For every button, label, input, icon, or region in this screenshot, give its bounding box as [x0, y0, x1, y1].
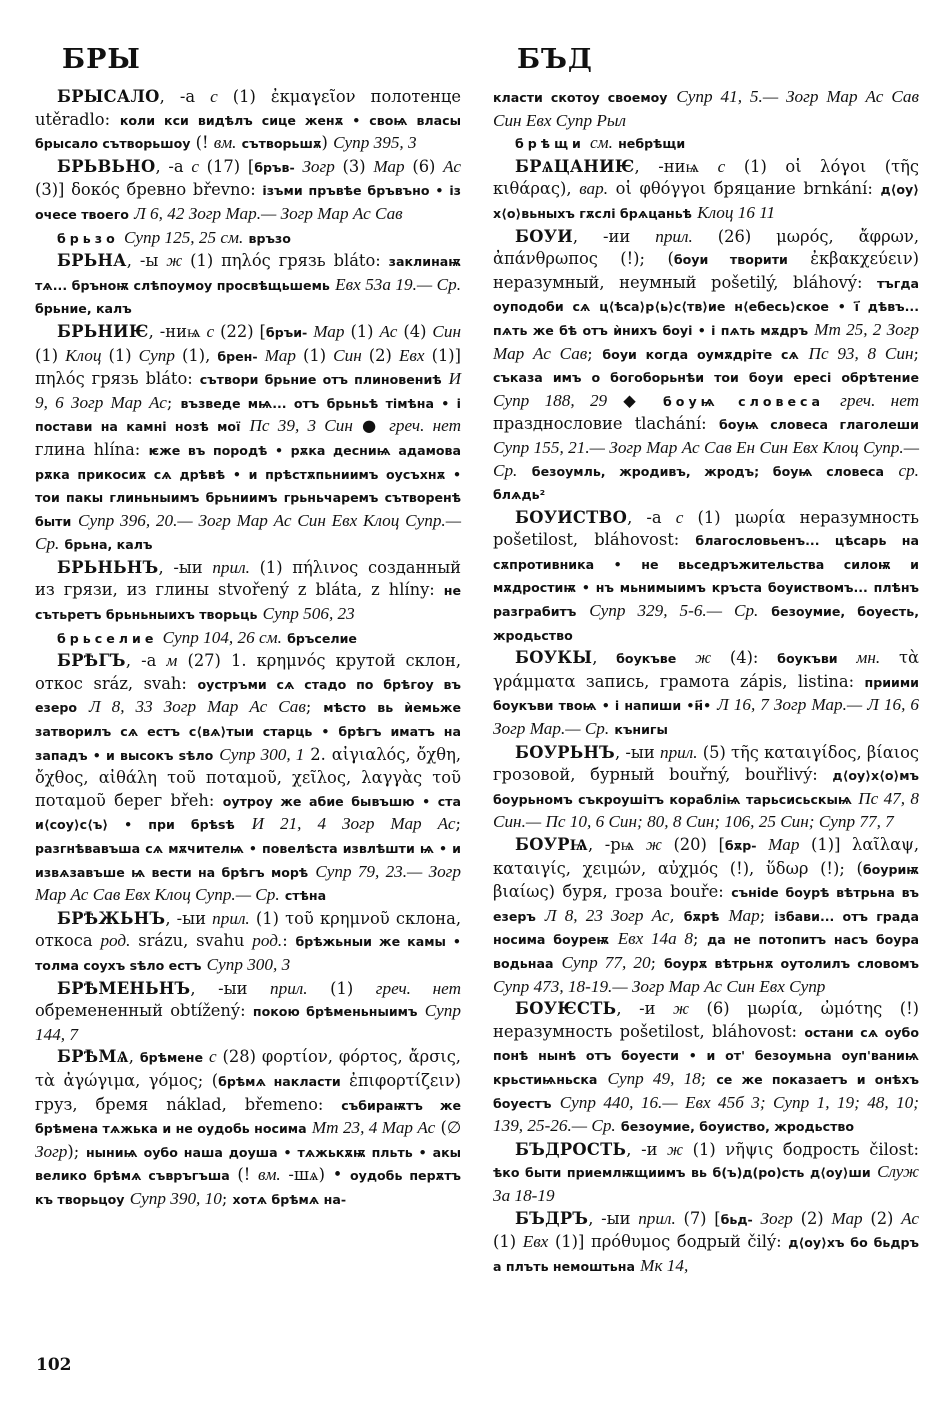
- definition-text: ;: [913, 344, 919, 363]
- headword: БРѢМѦ: [57, 1047, 129, 1066]
- citation-text: см.: [590, 133, 613, 152]
- citation-text: Л 8, 33 Зогр Мар Ас Сав: [89, 697, 306, 716]
- church-slavonic-text: хотѧ брѣмѧ на-: [233, 1192, 347, 1207]
- definition-text: обремененный obtížený:: [35, 1001, 253, 1020]
- dictionary-entry: БОУКЫ, боукъве ж (4): боукъви мн. τὰ γρά…: [493, 647, 919, 741]
- church-slavonic-text: брьние, калъ: [35, 301, 132, 316]
- church-slavonic-text: класти скотоу своемоу: [493, 90, 668, 105]
- definition-text: [77, 697, 89, 716]
- definition-text: [824, 391, 840, 410]
- citation-text: прил.: [638, 1209, 676, 1228]
- citation-text: Мк 14,: [640, 1256, 688, 1275]
- definition-text: [417, 1001, 424, 1020]
- citation-text: греч. нет: [376, 979, 461, 998]
- definition-text: , -ыи: [165, 909, 212, 928]
- definition-text: (2): [793, 1209, 831, 1228]
- definition-text: празднословие tlachání:: [493, 414, 719, 433]
- citation-text: ж: [673, 999, 689, 1018]
- church-slavonic-text: брьселие: [57, 631, 157, 646]
- citation-text: вм.: [214, 133, 237, 152]
- definition-text: [235, 814, 252, 833]
- definition-text: βιαίως) буря, гроза bouře:: [493, 882, 731, 901]
- citation-text: Л 6, 42 Зогр Мар.— Зогр Мар Ас Сав: [134, 204, 403, 223]
- definition-text: [551, 1093, 559, 1112]
- dictionary-entry: БРЬНЬНЪ, -ыи прил. (1) πήλινος созданный…: [35, 557, 461, 627]
- church-slavonic-text: брѣщи: [515, 136, 585, 151]
- citation-text: Мар: [831, 1209, 862, 1228]
- headword: БРЫСАЛО: [57, 87, 160, 106]
- definition-text: , -ии: [573, 227, 655, 246]
- citation-text: ж: [667, 1140, 683, 1159]
- headword: БОУѤСТЬ: [515, 999, 616, 1018]
- definition-text: ,: [670, 906, 684, 925]
- definition-text: (2): [863, 1209, 901, 1228]
- citation-text: прил.: [655, 227, 693, 246]
- definition-text: [597, 1069, 607, 1088]
- citation-text: Зогр: [35, 1142, 67, 1161]
- definition-text: [576, 601, 589, 620]
- church-slavonic-text: бѫрѣ: [684, 909, 720, 924]
- citation-text: Син: [333, 346, 362, 365]
- citation-text: Зогр: [760, 1209, 792, 1228]
- definition-text: [517, 461, 531, 480]
- citation-text: вм.: [258, 1165, 281, 1184]
- definition-text: глина hlína:: [35, 440, 149, 459]
- definition-text: , -а: [160, 87, 210, 106]
- citation-text: Супр 125, 25 см.: [124, 228, 243, 247]
- definition-text: ;: [222, 1189, 233, 1208]
- citation-text: Супр 300, 1: [219, 745, 304, 764]
- dictionary-entry: БРЬНИѤ, -ниѩ с (22) [бръи- Мар (1) Ас (4…: [35, 321, 461, 557]
- definition-text: ◆: [607, 391, 663, 410]
- citation-text: с: [209, 1047, 217, 1066]
- church-slavonic-text: безоумие, боуиство, жродьство: [621, 1119, 854, 1134]
- citation-text: Ас: [901, 1209, 919, 1228]
- cross-reference: брѣщи см. небрѣщи: [493, 132, 919, 156]
- church-slavonic-text: боуриѭ: [863, 862, 919, 877]
- definition-text: (1) πηλός грязь bláto:: [182, 251, 388, 270]
- definition-text: (!: [230, 1165, 258, 1184]
- dictionary-entry: БОУѤСТЬ, -и ж (6) μωρία, ὠμότης (!) нера…: [493, 998, 919, 1139]
- citation-text: прил.: [270, 979, 308, 998]
- citation-text: прил.: [212, 909, 250, 928]
- definition-text: (3)] δοκός бревно břevno:: [35, 180, 262, 199]
- definition-text: [757, 835, 769, 854]
- citation-text: Супр 390, 10: [130, 1189, 222, 1208]
- citation-text: Мар: [373, 157, 404, 176]
- definition-text: οἱ φθόγγοι бряцание brnkání:: [608, 179, 880, 198]
- definition-text: [442, 369, 449, 388]
- citation-text: Мар: [265, 346, 296, 365]
- church-slavonic-text: боуѩ словеса: [663, 394, 824, 409]
- definition-text: );: [67, 1142, 86, 1161]
- headword: БОУКЫ: [515, 648, 592, 667]
- definition-text: [758, 601, 771, 620]
- church-slavonic-text: безоумль, жродивъ, жродъ; боуѩ словеса: [532, 464, 884, 479]
- church-slavonic-text: боуѩ словеса глаголеши: [719, 417, 919, 432]
- definition-text: [676, 648, 695, 667]
- headword: БРЬНЬНЪ: [57, 558, 158, 577]
- definition-text: :: [282, 931, 295, 950]
- headword: БРЬНИѤ: [57, 322, 149, 341]
- citation-text: Супр 473, 18-19.— Зогр Мар Ас Син Евх Су…: [493, 977, 825, 996]
- citation-text: Евх 14а 8: [618, 929, 693, 948]
- citation-text: Ас: [443, 157, 461, 176]
- headword: БЪДРЪ: [515, 1209, 588, 1228]
- dictionary-entry: БОУИ, -ии прил. (26) μωρός, ἄφρων, ἀπάνθ…: [493, 226, 919, 507]
- dictionary-entry: БРѢМѦ, брѣмене с (28) φορτίον, φόρτος, ἄ…: [35, 1046, 461, 1211]
- church-slavonic-text: бръв-: [254, 160, 294, 175]
- headword: БЪДРОСТЬ: [515, 1140, 626, 1159]
- church-slavonic-text: бръселие: [287, 631, 357, 646]
- definition-text: ;: [306, 697, 323, 716]
- definition-text: [536, 906, 545, 925]
- citation-text: Зогр: [302, 157, 334, 176]
- definition-text: (1): [493, 1232, 523, 1251]
- citation-text: Ас: [380, 322, 398, 341]
- definition-text: (2): [362, 346, 399, 365]
- citation-text: прил.: [660, 743, 698, 762]
- definition-text: ;: [701, 1069, 717, 1088]
- citation-text: прил.: [212, 558, 250, 577]
- citation-text: Мар: [313, 322, 344, 341]
- definition-text: srázu, svahu: [130, 931, 252, 950]
- definition-text: (∅: [435, 1118, 461, 1137]
- citation-text: Син: [432, 322, 461, 341]
- citation-text: ср.: [898, 461, 919, 480]
- dictionary-entry: БРЬВЬНО, -а с (17) [бръв- Зогр (3) Мар (…: [35, 156, 461, 227]
- citation-text: Клоц: [65, 346, 101, 365]
- church-slavonic-text: кънигы: [614, 722, 668, 737]
- church-slavonic-text: сътвори брьние отъ плиновениѣ: [200, 372, 442, 387]
- dictionary-entry: БРѦЦАНИѤ, -ниѩ с (1) οἱ λόγοι (τῆς κιθάρ…: [493, 156, 919, 226]
- church-slavonic-text: боукъви: [777, 651, 837, 666]
- church-slavonic-text: небрѣщи: [618, 136, 685, 151]
- church-slavonic-text: покою брѣменьныимъ: [253, 1004, 418, 1019]
- citation-text: И 21, 4 Зогр Мар Ас: [252, 814, 456, 833]
- definition-text: [668, 87, 677, 106]
- citation-text: Л 8, 23 Зогр Ас: [545, 906, 670, 925]
- entry-continuation: класти скотоу своемоу Супр 41, 5.— Зогр …: [493, 86, 919, 132]
- citation-text: Супр 395, 3: [333, 133, 417, 152]
- citation-text: мн.: [856, 648, 880, 667]
- dictionary-entry: БРѢГЪ, -а м (27) 1. κρημνός крутой склон…: [35, 650, 461, 908]
- citation-text: с: [210, 87, 218, 106]
- church-slavonic-text: сътворьшѫ: [242, 136, 322, 151]
- page-number: 102: [36, 1355, 72, 1375]
- right-column: класти скотоу своемоу Супр 41, 5.— Зогр …: [493, 86, 919, 1278]
- definition-text: (1): [35, 346, 65, 365]
- definition-text: ;: [760, 906, 775, 925]
- dictionary-entry: БОУРЬНЪ, -ыи прил. (5) τῆς καταιγίδος, β…: [493, 742, 919, 834]
- citation-text: род.: [252, 931, 282, 950]
- definition-text: (1): [308, 979, 376, 998]
- definition-text: , -ыи: [615, 743, 660, 762]
- definition-text: [240, 416, 249, 435]
- definition-text: (22) [: [214, 322, 266, 341]
- definition-text: ): [322, 133, 334, 152]
- definition-text: ;: [651, 953, 664, 972]
- definition-text: [884, 461, 898, 480]
- church-slavonic-text: брьзо: [57, 231, 119, 246]
- church-slavonic-text: бьд-: [721, 1212, 753, 1227]
- citation-text: ж: [695, 648, 711, 667]
- citation-text: Супр 329, 5-6.— Ср.: [589, 601, 758, 620]
- church-slavonic-text: съказа имъ о богоборьнѣи тои боуи ересі …: [493, 370, 919, 385]
- definition-text: ;: [456, 814, 462, 833]
- definition-text: , -а: [627, 508, 676, 527]
- definition-text: , -и: [616, 999, 673, 1018]
- citation-text: Мар: [768, 835, 799, 854]
- citation-text: Супр 104, 26 см.: [163, 628, 282, 647]
- cross-reference: брьзо Супр 125, 25 см. връзо: [35, 227, 461, 251]
- definition-text: [71, 511, 78, 530]
- definition-text: (!: [191, 133, 214, 152]
- definition-text: (7) [: [676, 1209, 721, 1228]
- headword: БОУИСТВО: [515, 508, 627, 527]
- church-slavonic-text: брѣмѧ накласти: [218, 1074, 341, 1089]
- church-slavonic-text: боуи творити: [674, 252, 788, 267]
- dictionary-entry: БЪДРОСТЬ, -и ж (1) νῆψις бодрость čilost…: [493, 1139, 919, 1208]
- citation-text: Евх: [523, 1232, 549, 1251]
- definition-text: (1): [101, 346, 138, 365]
- definition-text: , -ыи: [588, 1209, 638, 1228]
- definition-text: (17) [: [199, 157, 254, 176]
- church-slavonic-text: блѧдь²: [493, 487, 545, 502]
- citation-text: с: [191, 157, 199, 176]
- left-column: БРЫСАЛО, -а с (1) ἐκμαγεῖον полотенце ut…: [35, 86, 461, 1212]
- definition-text: ,: [592, 648, 616, 667]
- headword: БОУИ: [515, 227, 573, 246]
- church-slavonic-text: стѣна: [285, 888, 326, 903]
- church-slavonic-text: връзо: [248, 231, 290, 246]
- definition-text: (1),: [175, 346, 217, 365]
- headword: БОУРѨ: [515, 835, 588, 854]
- dictionary-entry: БРѢЖЬНЪ, -ыи прил. (1) τοῦ κρημνοῦ склон…: [35, 908, 461, 978]
- citation-text: Супр 49, 18: [607, 1069, 700, 1088]
- citation-text: Супр 188, 29: [493, 391, 607, 410]
- citation-text: Мт 23, 4 Мар Ас: [312, 1118, 435, 1137]
- definition-text: , -ыи: [190, 979, 270, 998]
- citation-text: Супр 300, 3: [207, 955, 291, 974]
- dictionary-entry: БЪДРЪ, -ыи прил. (7) [бьд- Зогр (2) Мар …: [493, 1208, 919, 1279]
- church-slavonic-text: бръи-: [266, 325, 307, 340]
- citation-text: вар.: [579, 179, 608, 198]
- headword: БРѦЦАНИѤ: [515, 157, 635, 176]
- definition-text: , -рѩ: [588, 835, 646, 854]
- citation-text: м: [166, 651, 177, 670]
- definition-text: ,: [129, 1047, 140, 1066]
- citation-text: греч. нет: [389, 416, 461, 435]
- church-slavonic-text: брен-: [217, 349, 257, 364]
- definition-text: (4):: [711, 648, 777, 667]
- citation-text: ж: [166, 251, 182, 270]
- dictionary-entry: БРЬНА, -ы ж (1) πηλός грязь bláto: закли…: [35, 250, 461, 321]
- definition-text: ;: [167, 393, 181, 412]
- definition-text: , -ниѩ: [149, 322, 207, 341]
- citation-text: греч. нет: [840, 391, 919, 410]
- citation-text: Супр 506, 23: [263, 604, 355, 623]
- cross-reference: брьселие Супр 104, 26 см. бръселие: [35, 627, 461, 651]
- headword: БРЬВЬНО: [57, 157, 155, 176]
- definition-text: , -ыи: [158, 558, 212, 577]
- citation-text: Евх: [399, 346, 425, 365]
- church-slavonic-text: брьна, калъ: [65, 537, 153, 552]
- definition-text: (1): [296, 346, 333, 365]
- definition-text: ●: [353, 416, 389, 435]
- citation-text: Супр 77, 20: [561, 953, 650, 972]
- definition-text: [609, 929, 618, 948]
- definition-text: [799, 344, 809, 363]
- dictionary-entry: БОУИСТВО, -а с (1) μωρία неразумность po…: [493, 507, 919, 648]
- headword: БРѢГЪ: [57, 651, 126, 670]
- running-head-left: БРЫ: [62, 44, 141, 75]
- headword: БРѢМЕНЬНЪ: [57, 979, 190, 998]
- church-slavonic-text: бѫр-: [725, 838, 757, 853]
- definition-text: , -ниѩ: [635, 157, 718, 176]
- church-slavonic-text: боуи когда оумѫдріте сѧ: [602, 347, 799, 362]
- citation-text: Супр: [139, 346, 175, 365]
- definition-text: (4): [397, 322, 432, 341]
- definition-text: (1) νῆψις бодрость čilost:: [683, 1140, 919, 1159]
- dictionary-entry: БРѢМЕНЬНЪ, -ыи прил. (1) греч. нет обрем…: [35, 978, 461, 1047]
- headword: БРѢЖЬНЪ: [57, 909, 165, 928]
- definition-text: (1): [345, 322, 380, 341]
- definition-text: , -а: [155, 157, 191, 176]
- definition-text: , -и: [626, 1140, 667, 1159]
- definition-text: (6): [405, 157, 444, 176]
- citation-text: Пс 93, 8 Син: [809, 344, 914, 363]
- dictionary-entry: БРЫСАЛО, -а с (1) ἐκμαγεῖον полотенце ut…: [35, 86, 461, 156]
- church-slavonic-text: боукъве: [616, 651, 676, 666]
- citation-text: род.: [100, 931, 130, 950]
- church-slavonic-text: ѣко быти приемлѭщиимъ вь б(ъ)д(ро)сть д⟨…: [493, 1165, 871, 1180]
- definition-text: , -ы: [127, 251, 166, 270]
- definition-text: ;: [587, 344, 602, 363]
- definition-text: -шѧ) •: [281, 1165, 350, 1184]
- citation-text: Евх 53а 19.— Ср.: [335, 275, 461, 294]
- definition-text: [258, 346, 265, 365]
- citation-text: Пс 39, 3 Син: [250, 416, 353, 435]
- dictionary-entry: БОУРѨ, -рѩ ж (20) [бѫр- Мар (1)] λαῖλαψ,…: [493, 834, 919, 998]
- citation-text: Мар: [728, 906, 759, 925]
- definition-text: (3): [335, 157, 374, 176]
- definition-text: , -а: [126, 651, 167, 670]
- headword: БРЬНА: [57, 251, 127, 270]
- running-head-right: БЪД: [517, 44, 593, 75]
- church-slavonic-text: брѣмене: [140, 1050, 203, 1065]
- church-slavonic-text: боурѫ вѣтрьнѫ оутолилъ словомъ: [664, 956, 919, 971]
- definition-text: [838, 648, 857, 667]
- citation-text: Клоц 16 11: [697, 203, 775, 222]
- definition-text: ;: [693, 929, 707, 948]
- citation-text: ж: [646, 835, 662, 854]
- definition-text: (1)] πρόθυμος бодрый čilý:: [548, 1232, 788, 1251]
- headword: БОУРЬНЪ: [515, 743, 615, 762]
- definition-text: (20) [: [662, 835, 725, 854]
